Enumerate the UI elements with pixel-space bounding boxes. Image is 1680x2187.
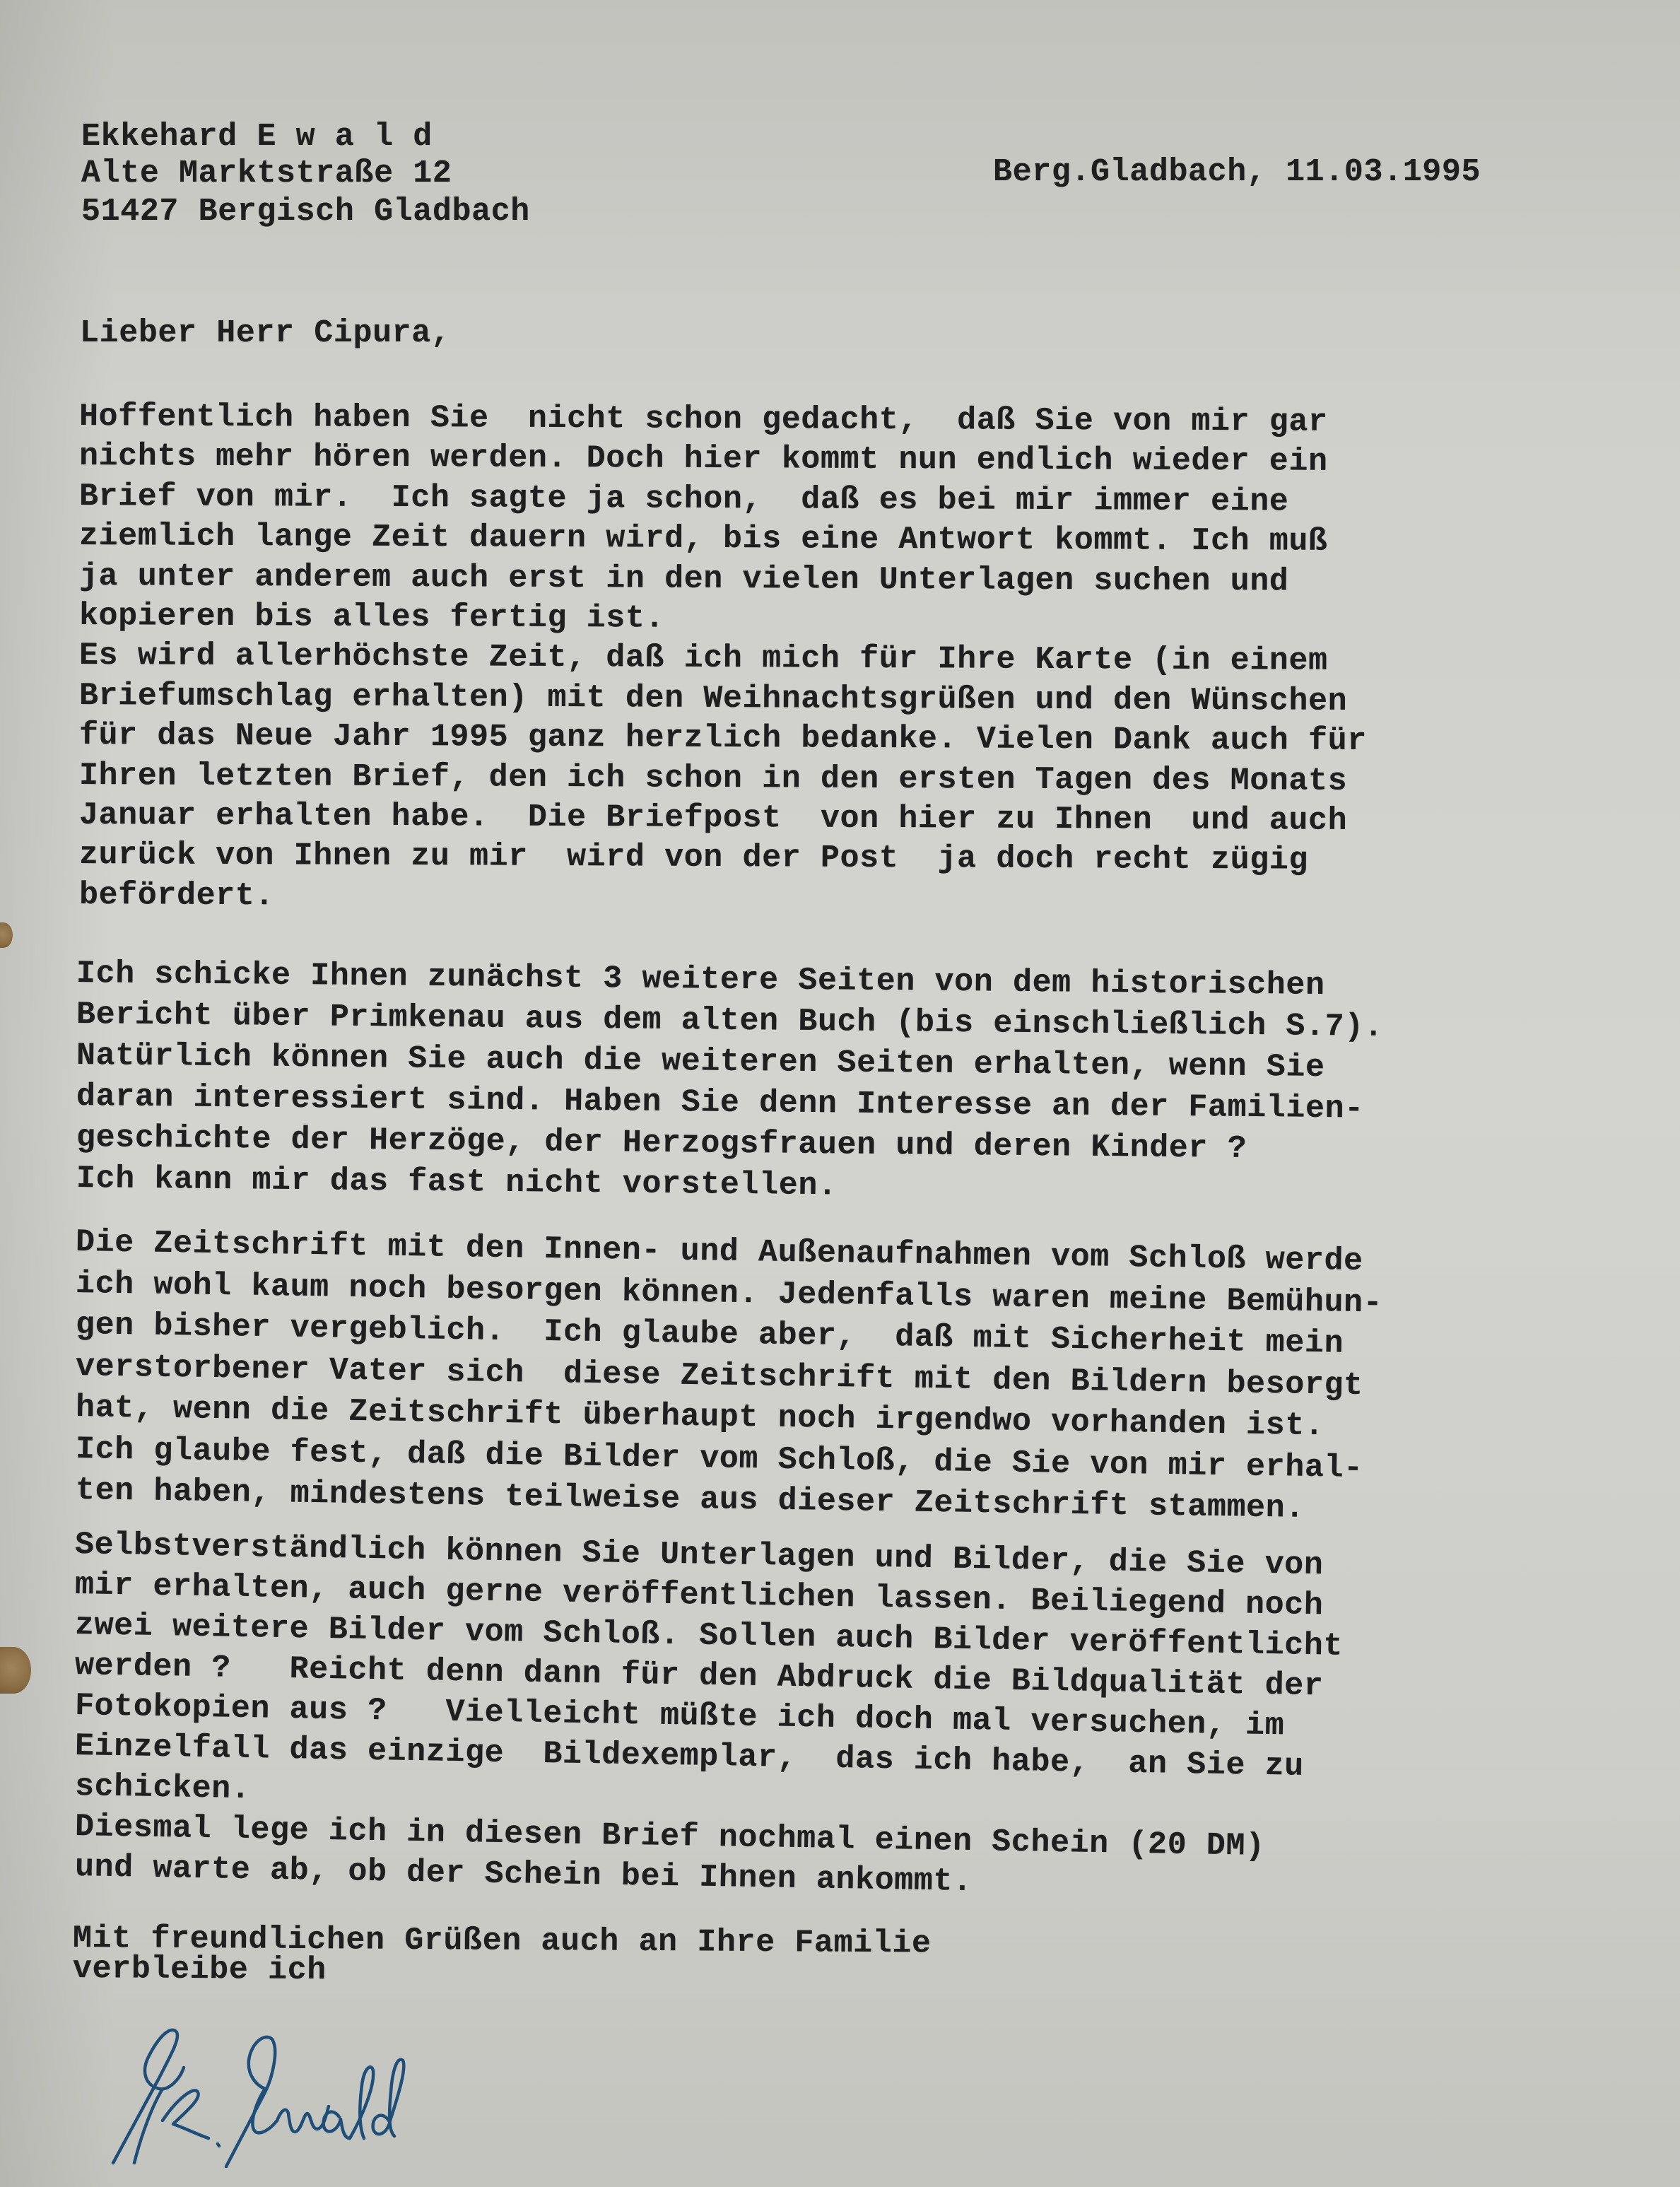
punch-hole-lower bbox=[0, 1647, 31, 1694]
letter-page: Ekkehard E w a l d Alte Marktstraße 12 5… bbox=[0, 0, 1680, 2187]
body-line: schicken. bbox=[75, 1767, 251, 1810]
salutation: Lieber Herr Cipura, bbox=[80, 314, 450, 353]
body-line: Briefumschlag erhalten) mit den Weihnach… bbox=[79, 676, 1348, 722]
body-line: Brief von mir. Ich sagte ja schon, daß e… bbox=[79, 477, 1289, 522]
body-line: Januar erhalten habe. Die Briefpost von … bbox=[79, 796, 1348, 841]
body-line: Es wird allerhöchste Zeit, daß ich mich … bbox=[79, 636, 1328, 681]
sender-name: Ekkehard E w a l d bbox=[81, 117, 433, 157]
handwritten-signature: Ek. Ewald bbox=[92, 2000, 601, 2177]
punch-hole-upper bbox=[0, 922, 13, 948]
body-line: kopieren bis alles fertig ist. bbox=[79, 597, 664, 639]
sender-street: Alte Marktstraße 12 bbox=[81, 154, 452, 194]
body-line: ja unter anderem auch erst in den vielen… bbox=[79, 557, 1289, 602]
body-line: nichts mehr hören werden. Doch hier komm… bbox=[79, 437, 1328, 482]
sender-city: 51427 Bergisch Gladbach bbox=[81, 192, 530, 232]
place-date: Berg.Gladbach, 11.03.1995 bbox=[993, 153, 1481, 192]
body-line: Ich kann mir das fast nicht vorstellen. bbox=[76, 1159, 838, 1206]
body-line: für das Neue Jahr 1995 ganz herzlich bed… bbox=[79, 716, 1367, 761]
body-line: Ihren letzten Brief, den ich schon in de… bbox=[79, 756, 1348, 802]
body-line: zurück von Ihnen zu mir wird von der Pos… bbox=[79, 835, 1308, 881]
closing-verbleibe: verbleibe ich bbox=[73, 1949, 327, 1990]
body-line: befördert. bbox=[79, 876, 274, 916]
body-line: ziemlich lange Zeit dauern wird, bis ein… bbox=[79, 517, 1328, 562]
body-line: Hoffentlich haben Sie nicht schon gedach… bbox=[79, 397, 1328, 442]
